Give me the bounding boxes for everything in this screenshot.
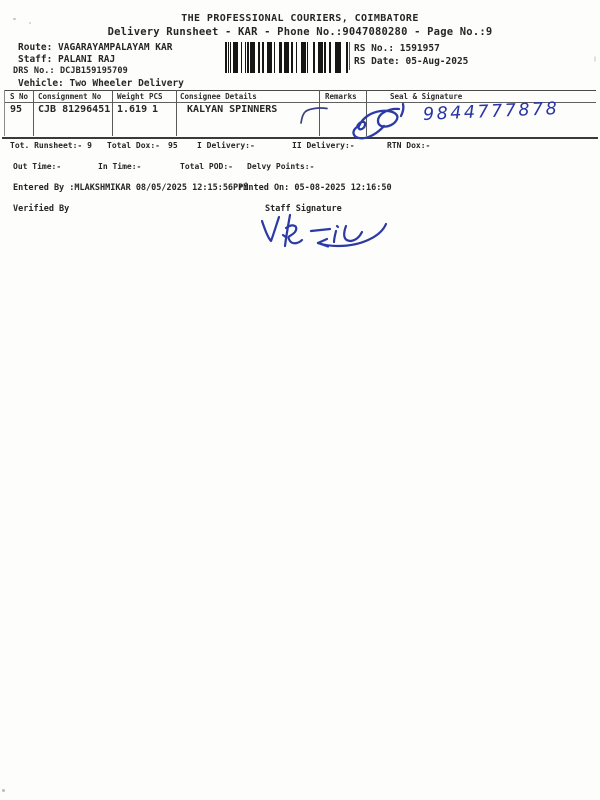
total-pod-label: Total POD:- bbox=[180, 163, 233, 171]
col-header-weight: Weight bbox=[117, 93, 144, 101]
printed-on-line: Printed On: 05-08-2025 12:16:50 bbox=[233, 184, 392, 193]
barcode-icon bbox=[225, 42, 349, 73]
header-divider bbox=[349, 42, 350, 70]
route-line: Route: VAGARAYAMPALAYAM KAR bbox=[18, 43, 172, 53]
total-dox-value: 95 bbox=[168, 142, 178, 150]
in-time-label: In Time:- bbox=[98, 163, 141, 171]
col-header-remarks: Remarks bbox=[325, 93, 357, 101]
scanned-delivery-runsheet: THE PROFESSIONAL COURIERS, COIMBATORE De… bbox=[0, 0, 600, 800]
vehicle-line: Vehicle: Two Wheeler Delivery bbox=[18, 79, 184, 89]
col-header-consignee-details: Consignee Details bbox=[180, 93, 257, 101]
tot-runsheet-label: Tot. Runsheet:- 9 bbox=[10, 142, 92, 150]
table-bottom-rule bbox=[2, 137, 598, 139]
drs-no-line: DRS No.: DCJB159195709 bbox=[13, 67, 128, 76]
document-subtitle: Delivery Runsheet - KAR - Phone No.:9047… bbox=[0, 27, 600, 38]
ii-delivery-label: II Delivery:- bbox=[292, 142, 355, 150]
col-header-sno: S No bbox=[10, 93, 28, 101]
table-column-line bbox=[366, 90, 367, 136]
company-title: THE PROFESSIONAL COURIERS, COIMBATORE bbox=[0, 14, 600, 24]
cell-weight: 1.619 bbox=[117, 105, 147, 115]
cell-consignee: KALYAN SPINNERS bbox=[187, 105, 277, 115]
rs-no: RS No.: 1591957 bbox=[354, 44, 440, 54]
total-dox-label: Total Dox:- bbox=[107, 142, 160, 150]
staff-line: Staff: PALANI RAJ bbox=[18, 55, 115, 65]
table-column-line bbox=[176, 90, 177, 136]
i-delivery-label: I Delivery:- bbox=[197, 142, 255, 150]
staff-signature-scribble-icon bbox=[262, 215, 386, 247]
verified-by-label: Verified By bbox=[13, 205, 69, 214]
table-column-line bbox=[33, 90, 34, 136]
rs-date: RS Date: 05-Aug-2025 bbox=[354, 57, 468, 67]
table-column-line bbox=[112, 90, 113, 136]
seal-signature-scribble-icon bbox=[353, 104, 403, 138]
table-column-line bbox=[4, 90, 5, 136]
delvy-points-label: Delvy Points:- bbox=[247, 163, 314, 171]
cell-pcs: 1 bbox=[152, 105, 158, 115]
table-top-border bbox=[4, 90, 596, 91]
cell-consignment-no: CJB 81296451 bbox=[38, 105, 110, 115]
table-column-line bbox=[319, 90, 320, 136]
scan-artifact bbox=[2, 789, 5, 792]
out-time-label: Out Time:- bbox=[13, 163, 61, 171]
cell-sno: 95 bbox=[10, 105, 22, 115]
scan-artifact bbox=[594, 56, 596, 62]
col-header-pcs: PCS bbox=[149, 93, 163, 101]
staff-signature-label: Staff Signature bbox=[265, 205, 342, 214]
col-header-consignment-no: Consignment No bbox=[38, 93, 101, 101]
remarks-pen-tick-icon bbox=[301, 108, 327, 123]
entered-by-line: Entered By :MLAKSHMIKAR 08/05/2025 12:15… bbox=[13, 184, 248, 193]
col-header-seal-signature: Seal & Signature bbox=[390, 93, 462, 101]
rtn-dox-label: RTN Dox:- bbox=[387, 142, 430, 150]
